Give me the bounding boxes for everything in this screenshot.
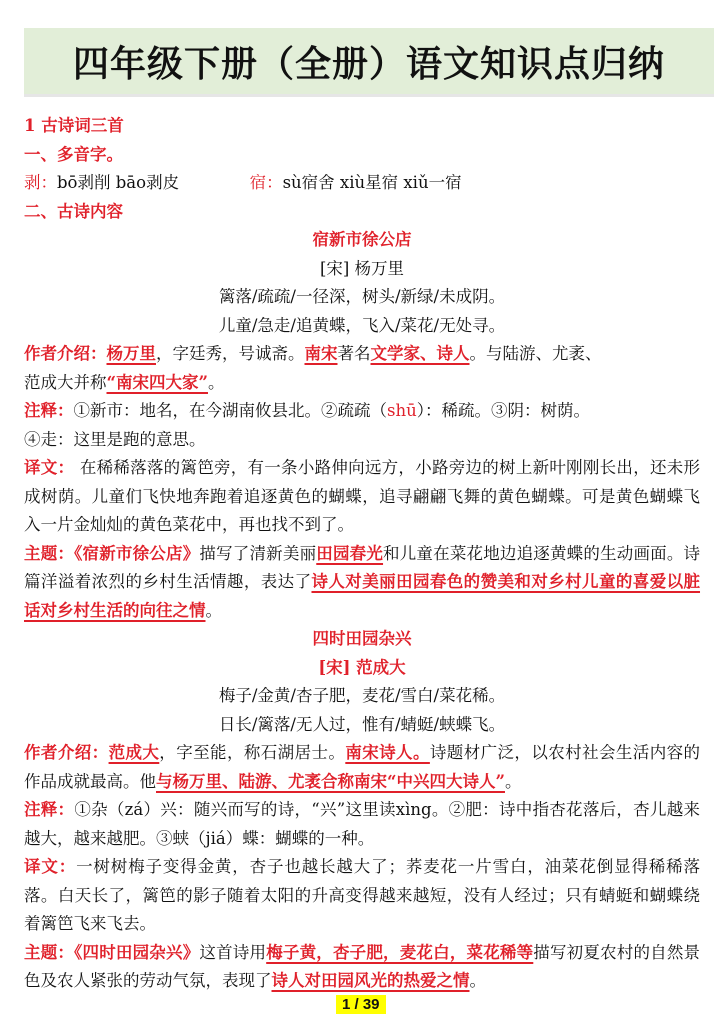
document-body: 1 古诗词三首 一、多音字。 剥：bō剥削 bāo剥皮 宿：sù宿舍 xiù星宿…	[24, 112, 700, 996]
section-polyphones: 一、多音字。	[24, 141, 700, 170]
poem2-author-intro: 作者介绍：范成大，字至能，称石湖居士。南宋诗人。诗题材广泛，以农村社会生活内容的…	[24, 739, 700, 796]
poem2-line: 日长/篱落/无人过，惟有/蜻蜓/蛱蝶飞。	[24, 711, 700, 740]
poem1-author: [宋] 杨万里	[24, 255, 700, 284]
poem1-theme: 主题：《宿新市徐公店》描写了清新美丽田园春光和儿童在菜花地边追逐黄蝶的生动画面。…	[24, 540, 700, 626]
poem1-notes: 注释：①新市：地名，在今湖南攸县北。②疏疏（shū）：稀疏。③阴：树荫。④走：这…	[24, 397, 700, 454]
poem1-translation: 译文： 在稀稀落落的篱笆旁，有一条小路伸向远方，小路旁边的树上新叶刚刚长出，还未…	[24, 454, 700, 540]
polyphone-readings: bō剥削 bāo剥皮	[57, 173, 179, 192]
page-title: 四年级下册（全册）语文知识点归纳	[73, 36, 665, 87]
poem1-line: 篱落/疏疏/一径深，树头/新绿/未成阴。	[24, 283, 700, 312]
polyphone-readings: sù宿舍 xiù星宿 xiǔ一宿	[283, 173, 462, 192]
polyphone-char: 剥：	[24, 173, 57, 192]
poem1-author-intro: 作者介绍：杨万里，字廷秀，号诚斋。南宋著名文学家、诗人。与陆游、尤袤、范成大并称…	[24, 340, 700, 397]
poem2-notes: 注释：①杂（zá）兴：随兴而写的诗，“兴”这里读xìng。②肥：诗中指杏花落后，…	[24, 796, 700, 853]
poem1-line: 儿童/急走/追黄蝶，飞入/菜花/无处寻。	[24, 312, 700, 341]
poem2-title: 四时田园杂兴	[24, 625, 700, 654]
polyphone-char: 宿：	[250, 173, 283, 192]
page-number: 1 / 39	[336, 995, 386, 1014]
poem1-title: 宿新市徐公店	[24, 226, 700, 255]
poem2-translation: 译文：一树树梅子变得金黄，杏子也越长越大了；荞麦花一片雪白，油菜花倒显得稀稀落落…	[24, 853, 700, 939]
poem2-line: 梅子/金黄/杏子肥，麦花/雪白/菜花稀。	[24, 682, 700, 711]
section-poems: 二、古诗内容	[24, 198, 700, 227]
poem2-theme: 主题：《四时田园杂兴》这首诗用梅子黄，杏子肥，麦花白，菜花稀等描写初夏农村的自然…	[24, 939, 700, 996]
title-banner: 四年级下册（全册）语文知识点归纳	[24, 28, 714, 97]
poem2-author: [宋] 范成大	[24, 654, 700, 683]
lesson-heading: 1 古诗词三首	[24, 112, 700, 141]
polyphone-row: 剥：bō剥削 bāo剥皮 宿：sù宿舍 xiù星宿 xiǔ一宿	[24, 169, 700, 198]
